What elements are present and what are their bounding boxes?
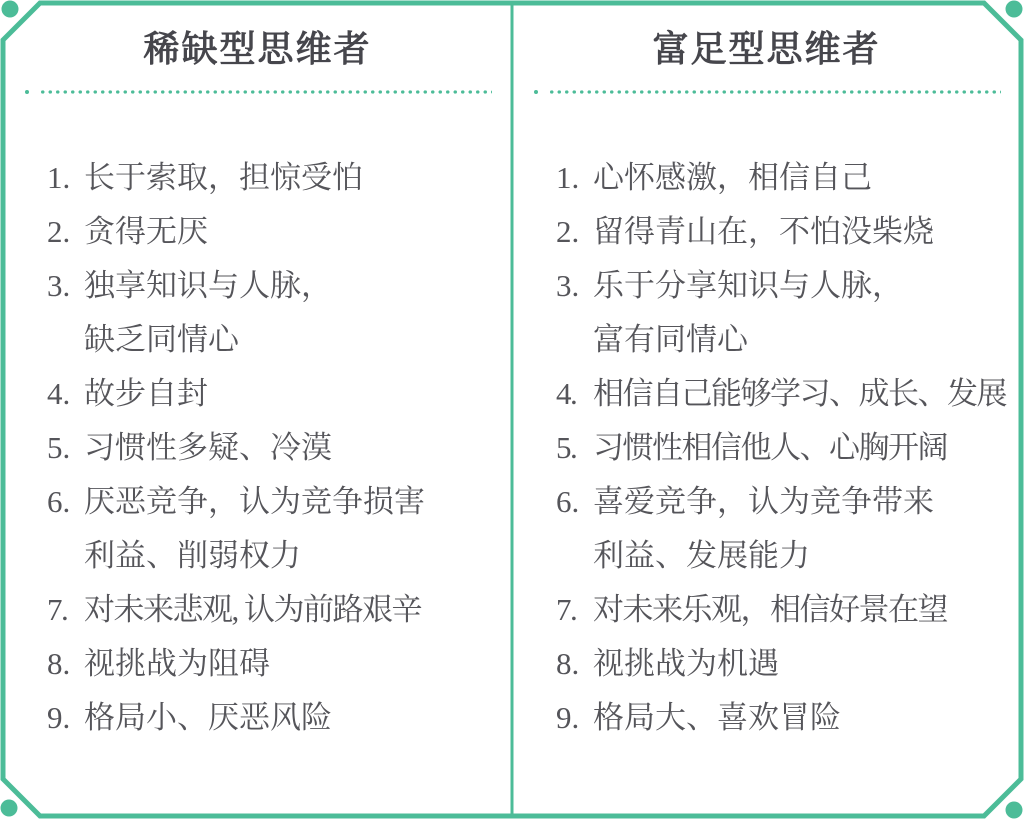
separator-dotted-line: [39, 90, 492, 94]
list-item: 1.长于索取，担惊受怕: [47, 151, 506, 205]
item-text: 喜爱竞争，认为竞争带来利益、发展能力: [593, 475, 934, 583]
list-item: 2.留得青山在，不怕没柴烧: [556, 205, 1015, 259]
item-number: 9.: [556, 691, 593, 745]
item-number: 8.: [47, 637, 84, 691]
list-item: 5.习惯性多疑、冷漠: [47, 421, 506, 475]
dotted-separator: [25, 89, 492, 95]
list-item: 6.厌恶竞争，认为竞争损害利益、削弱权力: [47, 475, 506, 583]
item-number: 1.: [47, 151, 84, 205]
item-text: 心怀感激，相信自己: [593, 151, 872, 205]
item-text: 相信自己能够学习、成长、发展: [593, 367, 1006, 421]
item-text: 格局小、厌恶风险: [84, 691, 332, 745]
item-number: 7.: [47, 583, 84, 637]
item-text: 独享知识与人脉，缺乏同情心: [84, 259, 332, 367]
item-text: 留得青山在，不怕没柴烧: [593, 205, 934, 259]
list-item: 8.视挑战为机遇: [556, 637, 1015, 691]
item-number: 7.: [556, 583, 593, 637]
list-item: 5.习惯性相信他人、心胸开阔: [556, 421, 1015, 475]
list-item: 1.心怀感激，相信自己: [556, 151, 1015, 205]
list-item: 8.视挑战为阻碍: [47, 637, 506, 691]
item-number: 3.: [556, 259, 593, 367]
item-number: 3.: [47, 259, 84, 367]
item-number: 2.: [47, 205, 84, 259]
item-number: 5.: [556, 421, 593, 475]
item-text-wrap: 缺乏同情心: [84, 313, 332, 367]
item-text: 对未来乐观，相信好景在望: [593, 583, 947, 637]
column-scarcity: 稀缺型思维者 1.长于索取，担惊受怕2.贪得无厌3.独享知识与人脉，缺乏同情心4…: [5, 5, 510, 815]
item-number: 8.: [556, 637, 593, 691]
item-text: 乐于分享知识与人脉，富有同情心: [593, 259, 903, 367]
separator-lead-dot: [534, 90, 538, 94]
column-title-abundance: 富足型思维者: [514, 27, 1019, 71]
list-item: 3.独享知识与人脉，缺乏同情心: [47, 259, 506, 367]
list-item: 9.格局小、厌恶风险: [47, 691, 506, 745]
list-item: 7.对未来悲观, 认为前路艰辛: [47, 583, 506, 637]
item-text: 厌恶竞争，认为竞争损害利益、削弱权力: [84, 475, 425, 583]
item-text: 格局大、喜欢冒险: [593, 691, 841, 745]
trait-list-scarcity: 1.长于索取，担惊受怕2.贪得无厌3.独享知识与人脉，缺乏同情心4.故步自封5.…: [5, 151, 510, 745]
item-text-wrap: 富有同情心: [593, 313, 903, 367]
item-number: 6.: [47, 475, 84, 583]
list-item: 4.相信自己能够学习、成长、发展: [556, 367, 1015, 421]
dotted-separator: [534, 89, 1001, 95]
item-text: 长于索取，担惊受怕: [84, 151, 363, 205]
list-item: 9.格局大、喜欢冒险: [556, 691, 1015, 745]
list-item: 4.故步自封: [47, 367, 506, 421]
item-number: 6.: [556, 475, 593, 583]
item-number: 2.: [556, 205, 593, 259]
item-text: 习惯性多疑、冷漠: [84, 421, 332, 475]
item-text-wrap: 利益、发展能力: [593, 529, 934, 583]
column-abundance: 富足型思维者 1.心怀感激，相信自己2.留得青山在，不怕没柴烧3.乐于分享知识与…: [514, 5, 1019, 815]
separator-lead-dot: [25, 90, 29, 94]
list-item: 2.贪得无厌: [47, 205, 506, 259]
item-number: 9.: [47, 691, 84, 745]
item-text: 对未来悲观, 认为前路艰辛: [84, 583, 421, 637]
trait-list-abundance: 1.心怀感激，相信自己2.留得青山在，不怕没柴烧3.乐于分享知识与人脉，富有同情…: [514, 151, 1019, 745]
item-text: 习惯性相信他人、心胸开阔: [593, 421, 947, 475]
item-text: 故步自封: [84, 367, 208, 421]
column-title-scarcity: 稀缺型思维者: [5, 27, 510, 71]
list-item: 7.对未来乐观，相信好景在望: [556, 583, 1015, 637]
item-text: 贪得无厌: [84, 205, 208, 259]
item-number: 1.: [556, 151, 593, 205]
list-item: 3.乐于分享知识与人脉，富有同情心: [556, 259, 1015, 367]
separator-dotted-line: [548, 90, 1001, 94]
item-number: 4.: [47, 367, 84, 421]
list-item: 6.喜爱竞争，认为竞争带来利益、发展能力: [556, 475, 1015, 583]
item-number: 4.: [556, 367, 593, 421]
item-number: 5.: [47, 421, 84, 475]
item-text-wrap: 利益、削弱权力: [84, 529, 425, 583]
item-text: 视挑战为机遇: [593, 637, 779, 691]
item-text: 视挑战为阻碍: [84, 637, 270, 691]
